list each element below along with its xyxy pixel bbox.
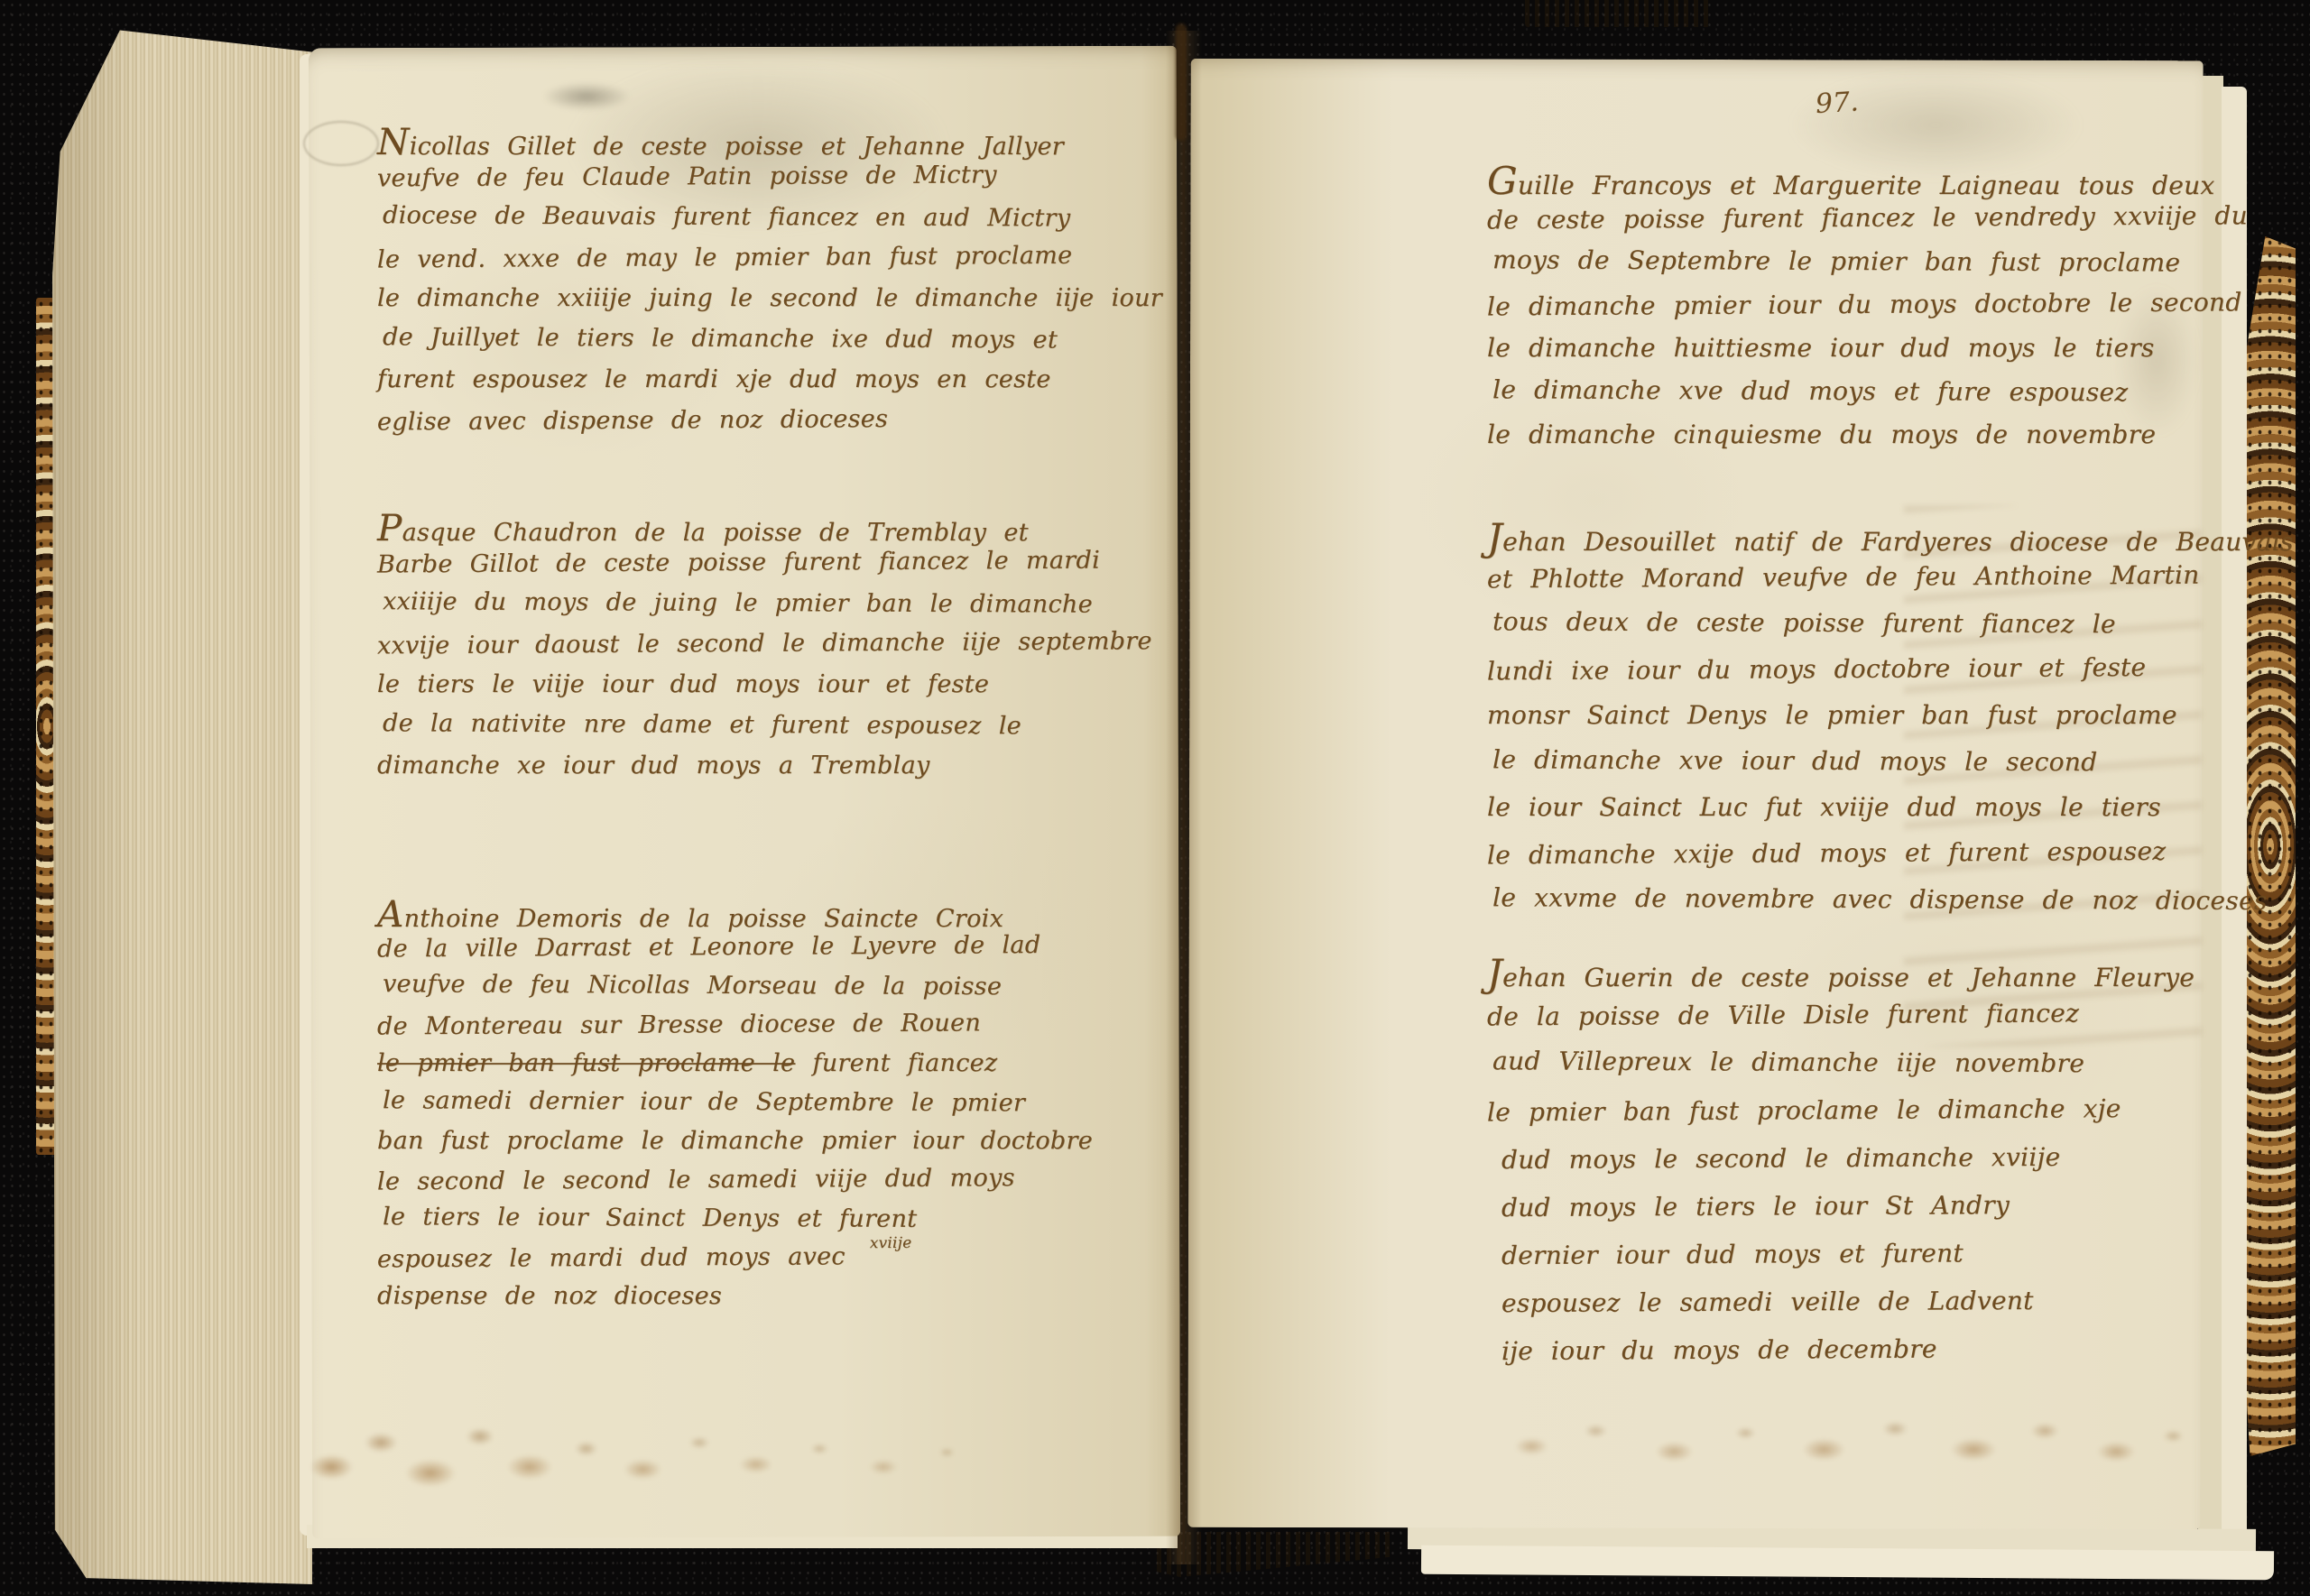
register-entry: Anthoine Demoris de la poisse Saincte Cr… — [377, 896, 1110, 1323]
manuscript-line: dimanche xe iour dud moys a Tremblay — [377, 753, 1110, 794]
manuscript-line: le vend. xxxe de may le pmier ban fust p… — [377, 244, 1110, 289]
manuscript-line: veufve de feu Nicollas Morseau de la poi… — [383, 972, 1115, 1014]
manuscript-line: le pmier ban fust proclame le dimanche x… — [1487, 1096, 2209, 1149]
manuscript-text: espousez le mardi dud moys avec — [377, 1242, 845, 1273]
manuscript-line: ije iour du moys de decembre — [1501, 1335, 2223, 1387]
manuscript-line: espousez le samedi veille de Ladvent — [1501, 1287, 2223, 1339]
interlinear-correction: xviije — [870, 1233, 912, 1251]
right-page-text: Guille Francoys et Marguerite Laigneau t… — [1487, 162, 2209, 1385]
register-entry: Jehan Guerin de ceste poisse et Jehanne … — [1487, 955, 2209, 1385]
manuscript-line-struck: le pmier ban fust proclame le furent fia… — [377, 1051, 1110, 1090]
gutter-fold-dark-line — [1176, 23, 1187, 141]
manuscript-line: Nicollas Gillet de ceste poisse et Jehan… — [377, 124, 1110, 164]
manuscript-line: xxvije iour daoust le second le dimanche… — [377, 630, 1110, 675]
wooden-board-edge-top — [1525, 0, 1710, 27]
manuscript-line: le dimanche xxiiije juing le second le d… — [377, 286, 1110, 327]
manuscript-line: tous deux de ceste poisse furent fiancez… — [1492, 609, 2214, 658]
register-entry: Nicollas Gillet de ceste poisse et Jehan… — [377, 124, 1110, 448]
manuscript-line: le dimanche pmier iour du moys doctobre … — [1487, 291, 2209, 338]
manuscript-line: dernier iour dud moys et furent — [1501, 1240, 2223, 1291]
manuscript-line: de Montereau sur Bresse diocese de Rouen — [377, 1010, 1110, 1054]
register-entry: Jehan Desouillet natif de Fardyeres dioc… — [1487, 519, 2209, 933]
manuscript-line: le dimanche cinquiesme du moys de novemb… — [1487, 422, 2209, 466]
manuscript-line: le dimanche xxije dud moys et furent esp… — [1487, 839, 2209, 890]
manuscript-line: Anthoine Demoris de la poisse Saincte Cr… — [377, 896, 1110, 935]
manuscript-text: furent fiancez — [812, 1049, 997, 1077]
manuscript-line: le dimanche xve dud moys et fure espouse… — [1492, 377, 2214, 423]
manuscript-line-with-correction: espousez le mardi dud moys avec xviije — [377, 1243, 1110, 1287]
manuscript-line: lundi ixe iour du moys doctobre iour et … — [1487, 655, 2209, 706]
manuscript-line: le iour Sainct Luc fut xviije dud moys l… — [1487, 795, 2209, 841]
manuscript-line: de la nativite nre dame et furent espous… — [383, 711, 1115, 755]
manuscript-line: moys de Septembre le pmier ban fust proc… — [1492, 247, 2214, 293]
manuscript-line: de ceste poisse furent fiancez le vendre… — [1487, 204, 2209, 252]
manuscript-line: le tiers le viije iour dud moys iour et … — [377, 672, 1110, 713]
manuscript-line: Pasque Chaudron de la poisse de Tremblay… — [377, 510, 1110, 550]
page-stack-fore-edge — [52, 27, 312, 1584]
manuscript-line: Barbe Gillot de ceste poisse furent fian… — [377, 549, 1110, 594]
manuscript-line: dud moys le second le dimanche xviije — [1501, 1144, 2223, 1195]
manuscript-line: eglise avec dispense de noz dioceses — [377, 406, 1110, 451]
manuscript-line: veufve de feu Claude Patin poisse de Mic… — [377, 162, 1110, 208]
manuscript-line: et Phlotte Morand veufve de feu Anthoine… — [1487, 563, 2209, 613]
manuscript-line: de la poisse de Ville Disle furent fianc… — [1487, 1001, 2209, 1053]
manuscript-line: le dimanche xve iour dud moys le second — [1492, 747, 2214, 796]
manuscript-line: aud Villepreux le dimanche iije novembre — [1492, 1048, 2214, 1099]
manuscript-line: le xxvme de novembre avec dispense de no… — [1492, 885, 2214, 934]
manuscript-line: dud moys le tiers le iour St Andry — [1501, 1192, 2223, 1243]
under-page-edge-bottom-right-outer — [1421, 1545, 2274, 1581]
gutter-shadow — [1166, 31, 1202, 1564]
manuscript-line: le second le second le samedi viije dud … — [377, 1166, 1110, 1209]
page-number: 97. — [1815, 88, 1860, 118]
manuscript-line: ban fust proclame le dimanche pmier iour… — [377, 1129, 1110, 1167]
manuscript-line: de Juillyet le tiers le dimanche ixe dud… — [383, 325, 1115, 369]
manuscript-line: le tiers le iour Sainct Denys et furent — [383, 1204, 1115, 1247]
register-entry: Guille Francoys et Marguerite Laigneau t… — [1487, 162, 2209, 466]
manuscript-line: diocese de Beauvais furent fiancez en au… — [383, 203, 1115, 247]
manuscript-line: Jehan Guerin de ceste poisse et Jehanne … — [1487, 955, 2209, 1002]
left-page-text: Nicollas Gillet de ceste poisse et Jehan… — [377, 124, 1110, 1323]
marbled-endpaper-right — [2245, 236, 2296, 1456]
manuscript-line: de la ville Darrast et Leonore le Lyevre… — [377, 933, 1110, 976]
manuscript-line: le samedi dernier iour de Septembre le p… — [383, 1088, 1115, 1130]
manuscript-line: dispense de noz dioceses — [377, 1284, 1110, 1323]
register-entry: Pasque Chaudron de la poisse de Tremblay… — [377, 510, 1110, 794]
manuscript-line: xxiiije du moys de juing le pmier ban le… — [383, 589, 1115, 633]
manuscript-line: le dimanche huittiesme iour dud moys le … — [1487, 336, 2209, 379]
struck-out-text: le pmier ban fust proclame le — [377, 1049, 795, 1077]
manuscript-book-photo: 97. Nicollas Gillet de ceste poisse et J… — [0, 0, 2310, 1596]
manuscript-line: furent espousez le mardi xje dud moys en… — [377, 367, 1110, 408]
manuscript-line: Jehan Desouillet natif de Fardyeres dioc… — [1487, 519, 2209, 565]
manuscript-line: monsr Sainct Denys le pmier ban fust pro… — [1487, 703, 2209, 749]
manuscript-line: Guille Francoys et Marguerite Laigneau t… — [1487, 162, 2209, 206]
